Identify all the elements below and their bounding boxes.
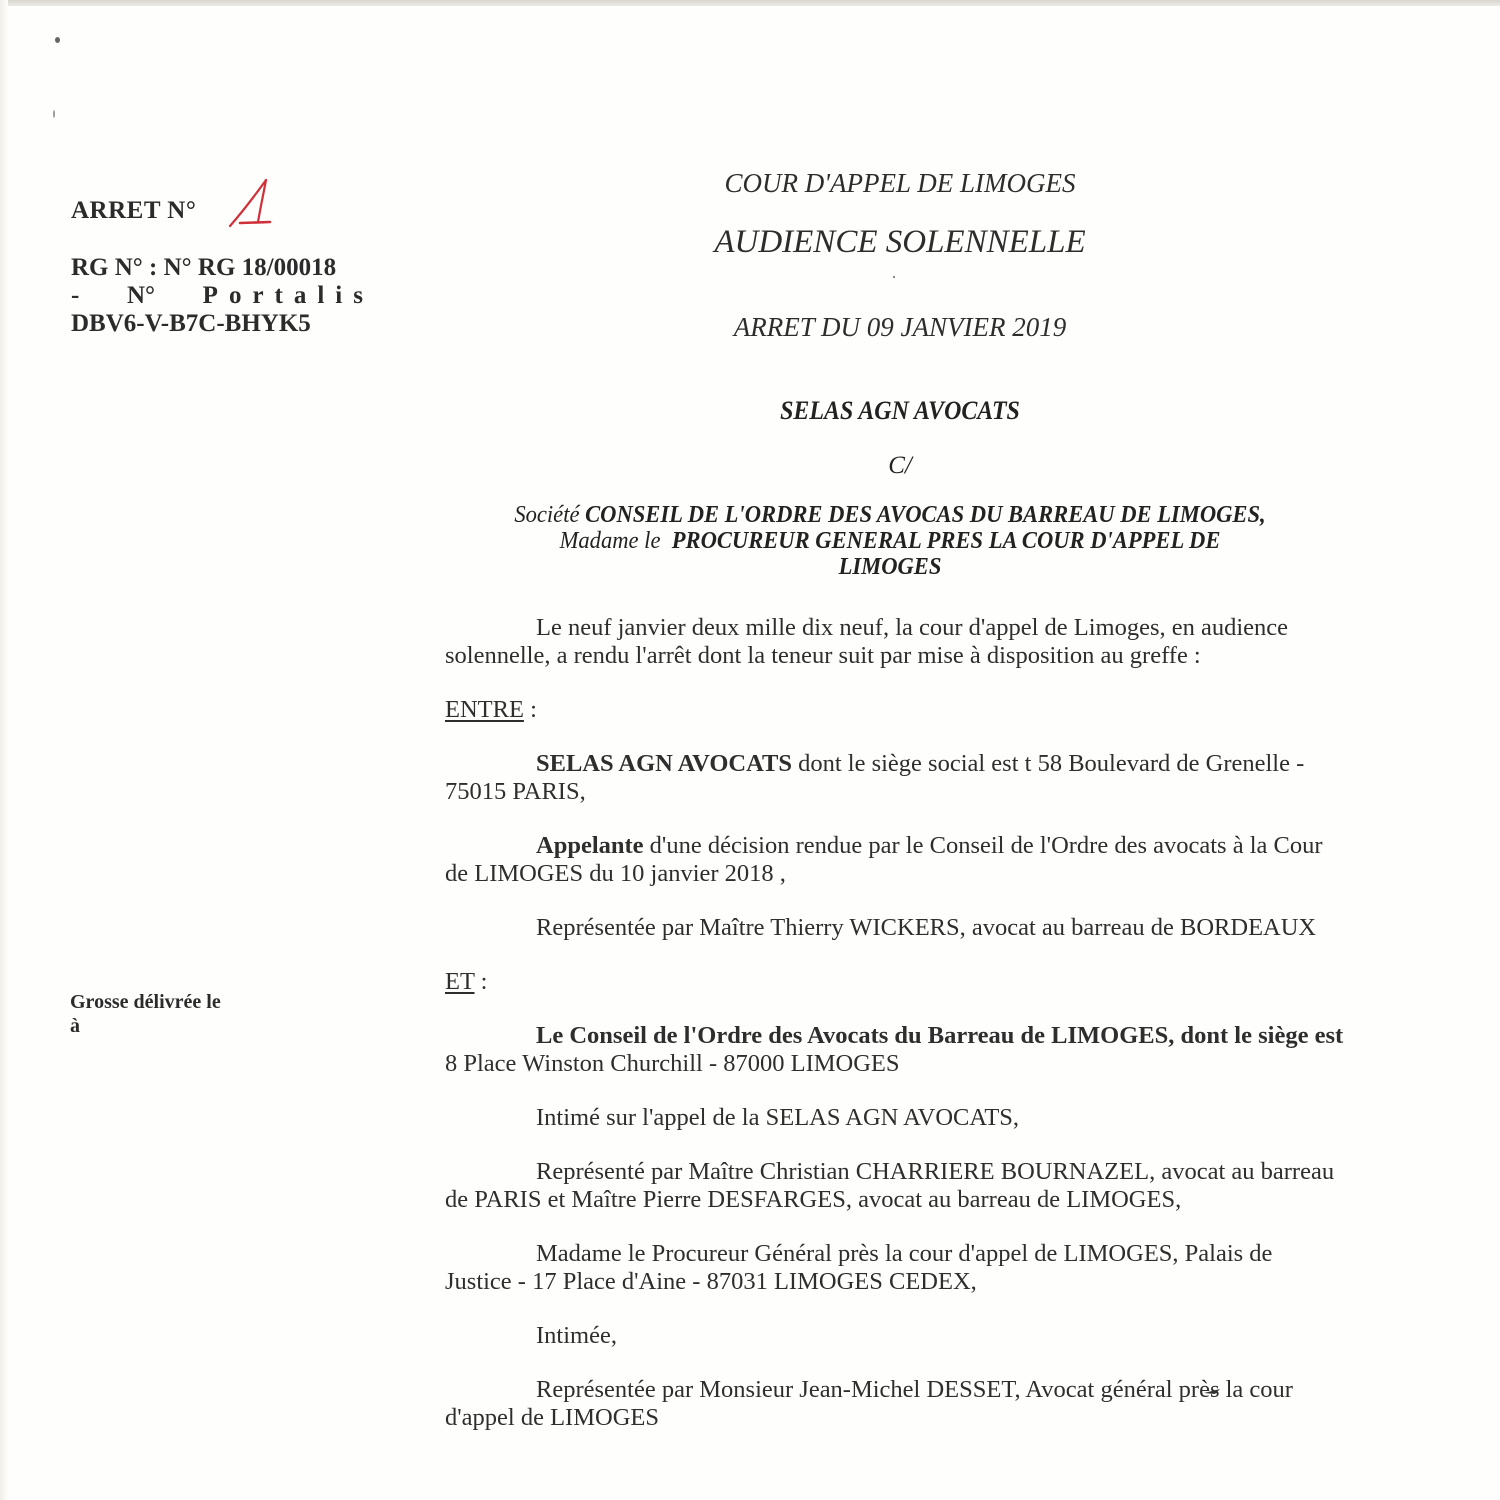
scan-speck (53, 110, 55, 118)
entre-heading: ENTRE : (445, 696, 1345, 724)
appelante-paragraph: Appelante d'une décision rendue par le C… (445, 832, 1345, 888)
respondent1-representation: Représenté par Maître Christian CHARRIER… (445, 1158, 1345, 1214)
scan-speck (55, 37, 60, 43)
scan-edge-left (0, 0, 8, 1500)
document-body: Le neuf janvier deux mille dix neuf, la … (445, 614, 1345, 1432)
respondents-title: Société CONSEIL DE L'ORDRE DES AVOCAS DU… (458, 502, 1323, 580)
appellant-paragraph: SELAS AGN AVOCATS dont le siège social e… (445, 750, 1345, 806)
court-name: COUR D'APPEL DE LIMOGES (600, 168, 1200, 199)
respondent2-representation: Représentée par Monsieur Jean-Michel DES… (445, 1376, 1345, 1432)
respondent-line-3: LIMOGES (458, 554, 1323, 580)
session-type: AUDIENCE SOLENNELLE (600, 224, 1200, 261)
scan-edge-top (0, 0, 1500, 6)
appellant-representation: Représentée par Maître Thierry WICKERS, … (445, 914, 1345, 942)
rg-reference-block: RG N° : N° RG 18/00018 - N° Portalis DBV… (71, 254, 363, 338)
respondent-line-1: Société CONSEIL DE L'ORDRE DES AVOCAS DU… (458, 502, 1323, 528)
grosse-recipient: à (70, 1014, 221, 1038)
rg-number: RG N° : N° RG 18/00018 (71, 254, 363, 282)
intro-paragraph: Le neuf janvier deux mille dix neuf, la … (445, 614, 1345, 670)
respondent2-paragraph: Madame le Procureur Général près la cour… (445, 1240, 1345, 1296)
dash: - (71, 282, 79, 310)
decision-date: ARRET DU 09 JANVIER 2019 (600, 312, 1200, 343)
scanned-document-page: ARRET N° RG N° : N° RG 18/00018 - N° Por… (0, 0, 1500, 1500)
arret-number-label: ARRET N° (71, 197, 196, 225)
respondent-line-2: Madame le PROCUREUR GENERAL PRES LA COUR… (458, 528, 1323, 554)
et-heading: ET : (445, 968, 1345, 996)
pen-mark (1203, 1386, 1223, 1396)
grosse-delivery-note: Grosse délivrée le à (70, 990, 221, 1038)
scan-speck (893, 276, 895, 278)
respondent1-role: Intimé sur l'appel de la SELAS AGN AVOCA… (445, 1104, 1345, 1132)
portalis-label: - N° Portalis (71, 282, 363, 310)
versus-mark: C/ (600, 452, 1200, 480)
appellant-title: SELAS AGN AVOCATS (624, 396, 1176, 426)
respondent2-role: Intimée, (445, 1322, 1345, 1350)
portalis-number: DBV6-V-B7C-BHYK5 (71, 310, 363, 338)
handwritten-number-one (226, 176, 274, 230)
portalis-word: Portalis (203, 282, 374, 310)
number-sign: N° (127, 282, 155, 310)
grosse-label: Grosse délivrée le (70, 990, 221, 1014)
respondent1-paragraph: Le Conseil de l'Ordre des Avocats du Bar… (445, 1022, 1345, 1078)
